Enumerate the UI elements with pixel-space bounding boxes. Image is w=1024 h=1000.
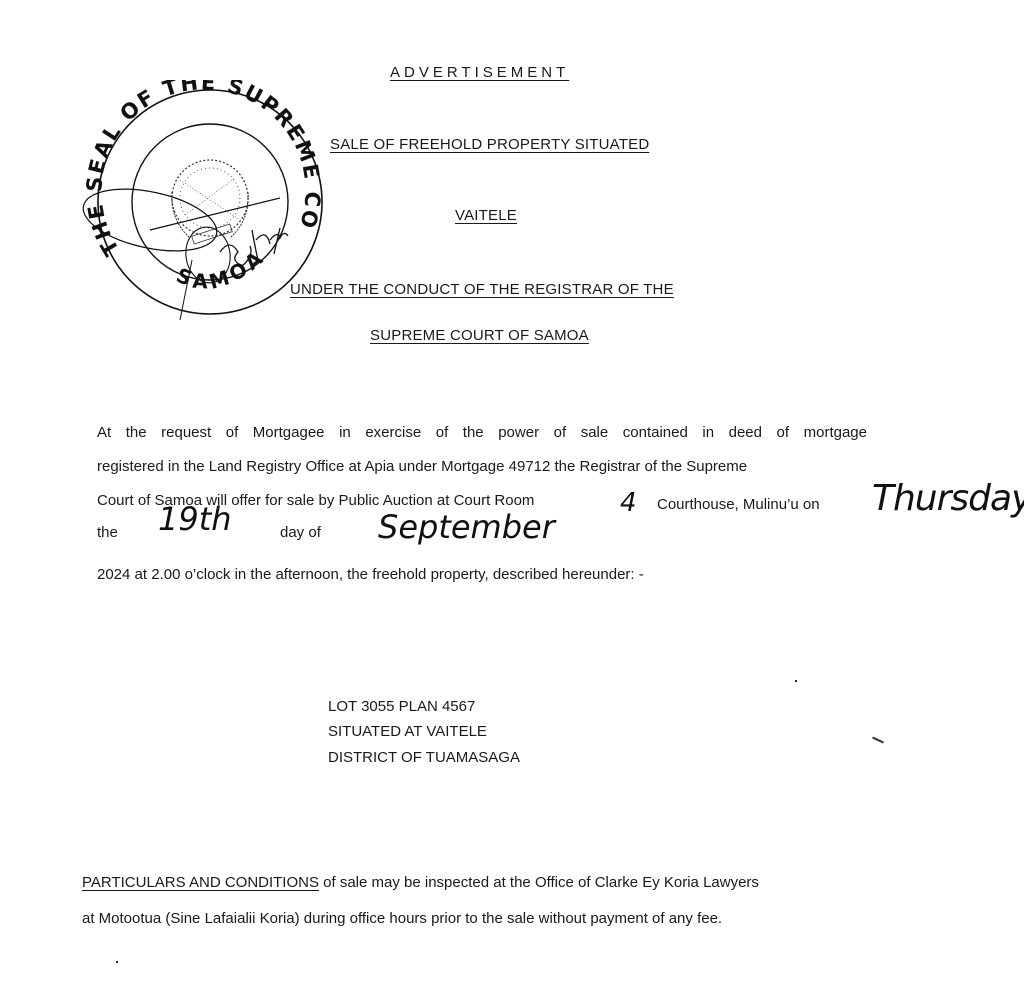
body-line-4-the: the xyxy=(97,524,118,541)
conditions-line-2: at Motootua (Sine Lafaialii Koria) durin… xyxy=(82,910,722,927)
handwritten-month: September xyxy=(378,508,555,546)
handwritten-weekday: Thursday xyxy=(872,478,1024,519)
scan-speck xyxy=(795,680,797,682)
body-line-1: At the request of Mortgagee in exercise … xyxy=(97,424,867,441)
scan-speck xyxy=(116,961,118,963)
handwritten-court-room-number: 4 xyxy=(620,488,637,518)
property-situated: SITUATED AT VAITELE xyxy=(328,723,487,740)
handwritten-day: 19th xyxy=(158,500,232,538)
body-line-3b: Courthouse, Mulinu’u on xyxy=(657,496,820,513)
conditions-line-1: PARTICULARS AND CONDITIONS of sale may b… xyxy=(82,874,759,891)
conditions-lead: PARTICULARS AND CONDITIONS xyxy=(82,874,319,891)
property-lot-plan: LOT 3055 PLAN 4567 xyxy=(328,698,475,715)
scan-speck xyxy=(872,737,884,744)
property-district: DISTRICT OF TUAMASAGA xyxy=(328,749,520,766)
conditions-line-1-rest: of sale may be inspected at the Office o… xyxy=(319,874,759,891)
heading-sale-of-freehold: SALE OF FREEHOLD PROPERTY SITUATED xyxy=(330,136,649,153)
heading-registrar-conduct: UNDER THE CONDUCT OF THE REGISTRAR OF TH… xyxy=(290,281,674,298)
heading-location: VAITELE xyxy=(455,207,517,224)
advertisement-title: ADVERTISEMENT xyxy=(390,64,569,81)
heading-supreme-court: SUPREME COURT OF SAMOA xyxy=(370,327,589,344)
body-line-2: registered in the Land Registry Office a… xyxy=(97,458,747,475)
body-line-4-dayof: day of xyxy=(280,524,321,541)
body-line-5: 2024 at 2.00 o’clock in the afternoon, t… xyxy=(97,566,644,583)
